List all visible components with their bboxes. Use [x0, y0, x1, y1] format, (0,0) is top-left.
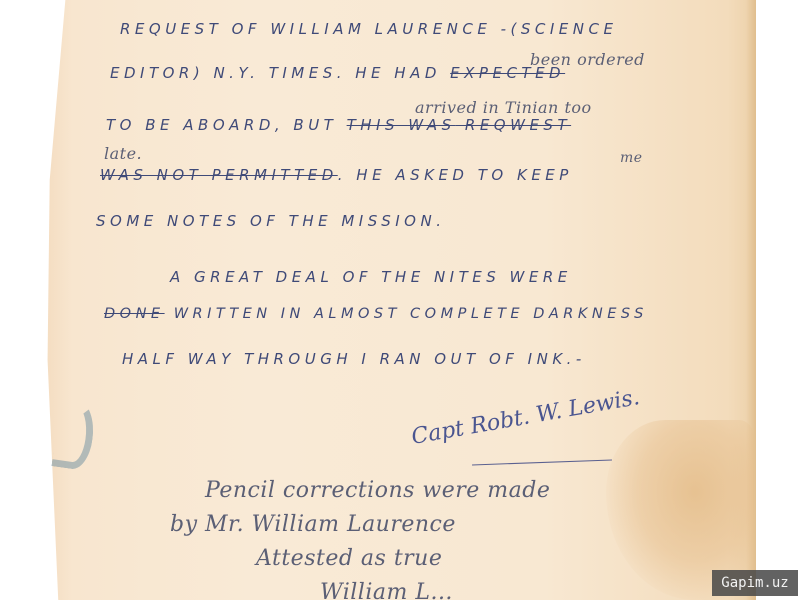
pencil-note-line-4: William L... — [320, 580, 453, 600]
site-watermark: Gapim.uz — [712, 570, 798, 596]
pencil-insertion: arrived in Tinian too — [415, 98, 592, 117]
handwritten-line-8: Half way through I ran out of ink.- — [122, 350, 586, 368]
line-text: written in almost complete darkness — [165, 306, 648, 322]
caret-insertion: me — [620, 150, 643, 166]
line-text: editor) N.Y. Times. He had — [110, 64, 450, 82]
struck-word: done — [104, 306, 165, 322]
handwritten-line-5: some notes of the mission. — [96, 212, 445, 230]
pencil-note-line-2: by Mr. William Laurence — [170, 512, 456, 537]
handwritten-line-1: Request of William Laurence -(Science — [120, 20, 617, 38]
handwritten-line-7: done written in almost complete darkness — [104, 306, 648, 322]
handwritten-line-2: editor) N.Y. Times. He had Expected — [110, 64, 565, 82]
handwritten-line-3: To be aboard, but This was reqwest — [106, 116, 571, 134]
struck-words: Was not permitted — [100, 166, 338, 184]
struck-words: This was — [347, 116, 456, 134]
line-text: to keep — [478, 166, 573, 184]
handwritten-line-6: A great deal of the nites were — [170, 268, 572, 286]
pencil-note-line-3: Attested as true — [256, 546, 442, 571]
line-text: To be aboard, but — [106, 116, 347, 134]
struck-word: reqwest — [456, 116, 571, 134]
pencil-insertion: late. — [104, 144, 142, 163]
line-text: . He asked — [338, 166, 478, 184]
pencil-note-line-1: Pencil corrections were made — [205, 478, 550, 503]
handwritten-line-4: Was not permitted. He asked to keep — [100, 166, 573, 184]
pencil-insertion: been ordered — [530, 50, 645, 69]
